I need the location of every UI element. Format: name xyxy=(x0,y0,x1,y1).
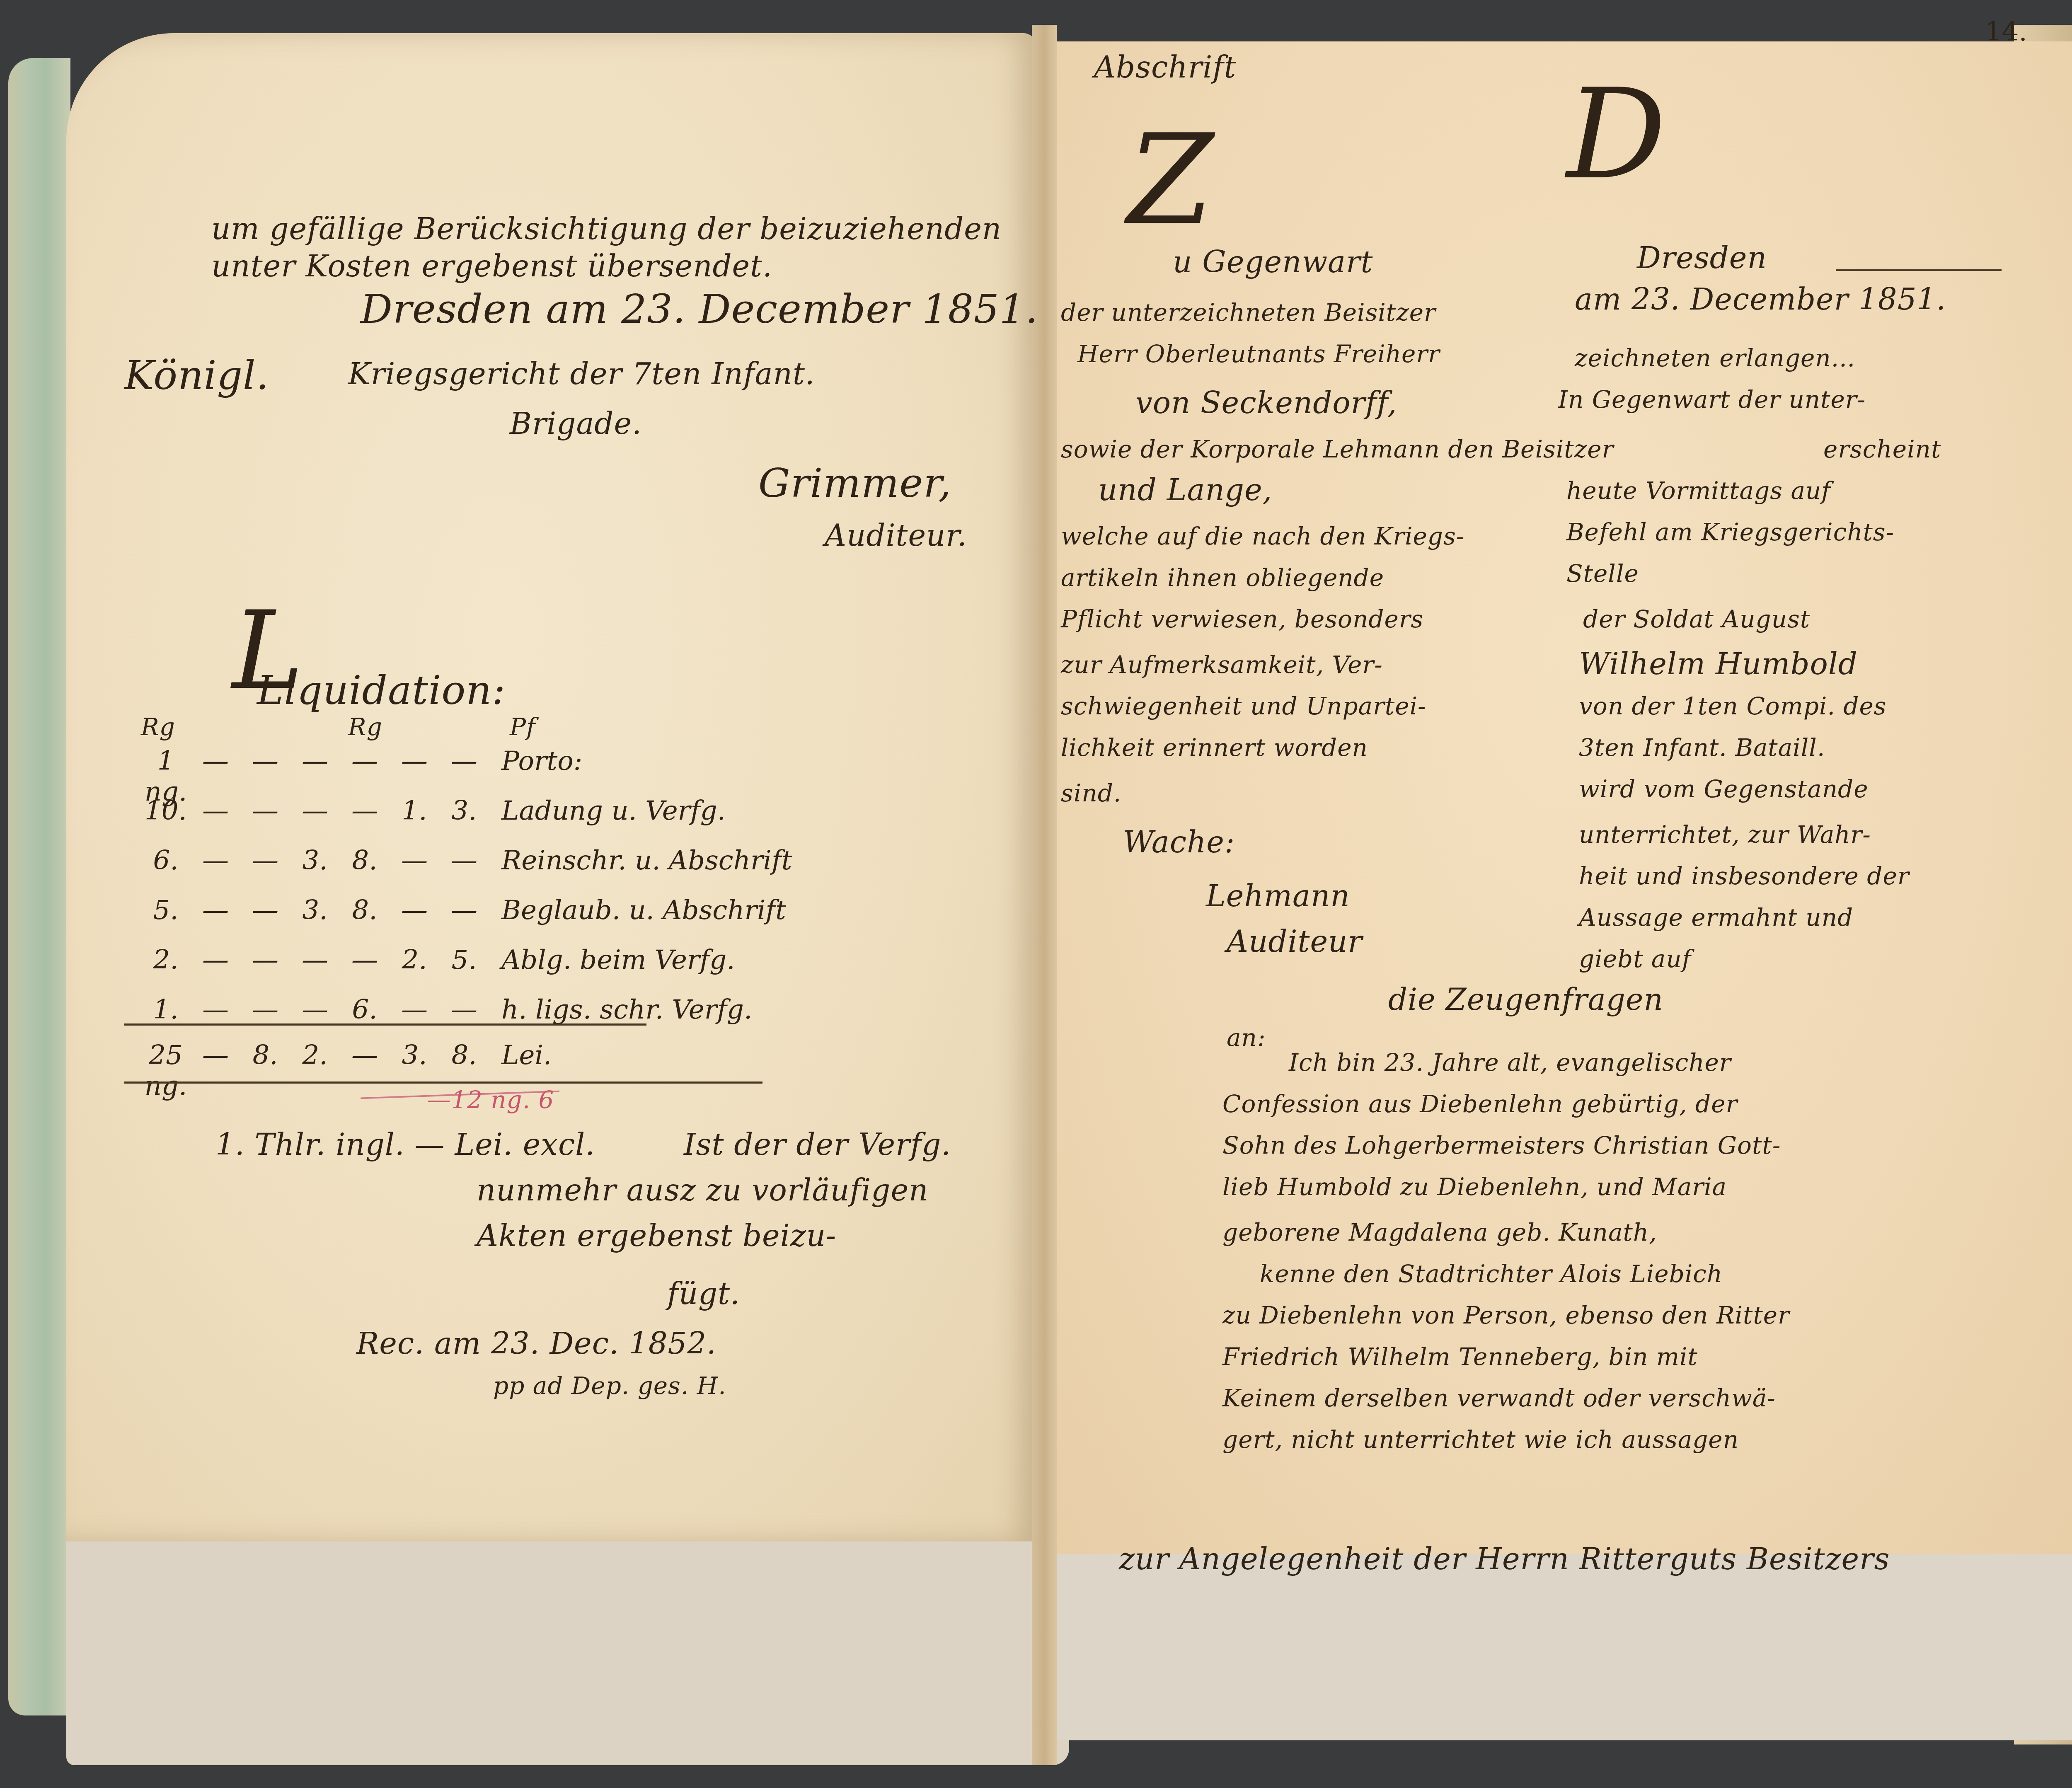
left-opening-line-1: um gefällige Berücksichtigung der beizuz… xyxy=(211,211,1002,246)
row-value: — xyxy=(390,895,439,926)
liquidation-row: 6. — — 3. 8. — — Reinschr. u. Abschrift xyxy=(141,845,1032,876)
row-description: Reinschr. u. Abschrift xyxy=(489,845,792,876)
large-initial-d: D xyxy=(1566,62,1667,207)
row-value: — xyxy=(191,746,240,777)
left-col-line-2: Herr Oberleutnants Freiherr xyxy=(1077,340,1440,368)
total-value: — xyxy=(191,1040,240,1071)
right-col-line-9: von der 1ten Compi. des xyxy=(1579,692,1886,720)
row-value: 3. xyxy=(290,845,340,876)
total-value: 25 ng. xyxy=(141,1040,191,1101)
row-description: Porto: xyxy=(489,746,582,777)
addressee-text: Kriegsgericht der 7ten Infant. xyxy=(348,356,815,391)
row-value: — xyxy=(390,994,439,1025)
row-value: — xyxy=(390,746,439,777)
row-value: — xyxy=(340,746,390,777)
row-value: 5. xyxy=(439,945,489,975)
liquidation-row: 1. — — — 6. — — h. ligs. schr. Verfg. xyxy=(141,994,1032,1025)
row-value: — xyxy=(390,845,439,876)
left-col-line-12: sind. xyxy=(1061,779,1121,807)
row-value: 10. xyxy=(141,796,191,826)
row-value: — xyxy=(240,845,290,876)
row-value: — xyxy=(191,994,240,1025)
row-value: — xyxy=(191,796,240,826)
section-heading: die Zeugenfragen xyxy=(1388,982,1663,1017)
total-value: 3. xyxy=(390,1040,439,1071)
addressee-label: Königl. xyxy=(124,352,269,399)
right-col-line-5: Befehl am Kriegsgerichts- xyxy=(1566,518,1894,546)
place-date: Dresden am 23. December 1851. xyxy=(361,286,1038,332)
witness-name-1: Lehmann xyxy=(1206,878,1350,913)
left-col-line-1: der unterzeichneten Beisitzer xyxy=(1061,298,1436,327)
row-value: 1. xyxy=(390,796,439,826)
testimony-line-5: geborene Magdalena geb. Kunath, xyxy=(1222,1218,1657,1246)
column-unit-2: Rg xyxy=(348,713,382,741)
total-value: — xyxy=(340,1040,390,1071)
signature-title: Auditeur. xyxy=(825,518,967,553)
an-label: an: xyxy=(1227,1023,1266,1052)
column-unit-3: Pf xyxy=(510,713,536,741)
large-initial-z: Z xyxy=(1127,108,1214,252)
row-value: 5. xyxy=(141,895,191,926)
row-value: 6. xyxy=(340,994,390,1025)
right-col-line-1: zeichneten erlangen... xyxy=(1575,344,1855,372)
header-right: Dresden xyxy=(1637,240,1767,275)
testimony-line-2: Confession aus Diebenlehn gebürtig, der xyxy=(1222,1090,1738,1118)
receipt-subline: pp ad Dep. ges. H. xyxy=(493,1372,726,1400)
row-value: — xyxy=(191,845,240,876)
row-value: — xyxy=(290,746,340,777)
bracket-line xyxy=(124,1082,762,1084)
margin-heading: Abschrift xyxy=(1094,50,1237,85)
left-underlying-page xyxy=(66,1533,1069,1765)
row-value: — xyxy=(439,746,489,777)
right-col-line-8: Wilhelm Humbold xyxy=(1579,646,1858,681)
testimony-line-6: kenne den Stadtrichter Alois Liebich xyxy=(1260,1260,1723,1288)
testimony-line-8: Friedrich Wilhelm Tenneberg, bin mit xyxy=(1222,1343,1698,1371)
addressee-line-2: Brigade. xyxy=(510,406,642,441)
testimony-line-4: lieb Humbold zu Diebenlehn, und Maria xyxy=(1222,1173,1727,1201)
row-value: — xyxy=(240,994,290,1025)
liquidation-row: 5. — — 3. 8. — — Beglaub. u. Abschrift xyxy=(141,895,1032,926)
right-col-line-2: In Gegenwart der unter- xyxy=(1558,385,1866,414)
right-col-line-15: giebt auf xyxy=(1579,945,1691,973)
testimony-line-9: Keinem derselben verwandt oder verschwä- xyxy=(1222,1384,1776,1412)
total-value: 8. xyxy=(439,1040,489,1071)
open-book: um gefällige Berücksichtigung der beizuz… xyxy=(0,0,2072,1788)
row-value: 8. xyxy=(340,895,390,926)
liquidation-row: 2. — — — — 2. 5. Ablg. beim Verfg. xyxy=(141,945,1032,975)
date-line: am 23. December 1851. xyxy=(1575,282,1946,317)
row-value: — xyxy=(240,895,290,926)
left-col-line-7: artikeln ihnen obliegende xyxy=(1061,564,1384,592)
signature-name: Grimmer, xyxy=(758,460,951,506)
row-value: — xyxy=(290,796,340,826)
testimony-line-1: Ich bin 23. Jahre alt, evangelischer xyxy=(1289,1048,1731,1077)
row-value: — xyxy=(240,945,290,975)
liquidation-total-row: 25 ng. — 8. 2. — 3. 8. Lei. xyxy=(141,1040,1032,1101)
column-unit-1: Rg xyxy=(141,713,175,741)
row-value: — xyxy=(290,945,340,975)
testimony-line-10: gert, nicht unterrichtet wie ich aussage… xyxy=(1222,1425,1739,1454)
row-value: 2. xyxy=(390,945,439,975)
note-right-1: Ist der der Verfg. xyxy=(684,1127,951,1162)
note-right-4: fügt. xyxy=(667,1276,740,1311)
right-col-line-3: erscheint xyxy=(1823,435,1941,463)
row-value: 1. xyxy=(141,994,191,1025)
left-col-line-5: und Lange, xyxy=(1098,472,1272,507)
spine-binding xyxy=(8,58,70,1715)
right-col-line-12: unterrichtet, zur Wahr- xyxy=(1579,820,1871,849)
under-page-line: zur Angelegenheit der Herrn Ritterguts B… xyxy=(1119,1541,1890,1576)
left-col-line-10: schwiegenheit und Unpartei- xyxy=(1061,692,1426,720)
right-col-line-4: heute Vormittags auf xyxy=(1566,477,1831,505)
testimony-line-3: Sohn des Lohgerbermeisters Christian Got… xyxy=(1222,1131,1781,1159)
row-value: — xyxy=(439,994,489,1025)
left-opening-line-2: unter Kosten ergebenst übersendet. xyxy=(211,249,772,283)
row-value: — xyxy=(340,945,390,975)
right-col-line-10: 3ten Infant. Bataill. xyxy=(1579,733,1825,762)
receipt-line: Rec. am 23. Dec. 1852. xyxy=(356,1326,716,1361)
header-rule xyxy=(1836,269,2002,271)
row-value: 8. xyxy=(340,845,390,876)
liquidation-heading: Liquidation: xyxy=(257,667,506,714)
note-right-3: Akten ergebenst beizu- xyxy=(477,1218,836,1253)
row-description: Ablg. beim Verfg. xyxy=(489,945,735,975)
row-value: — xyxy=(439,895,489,926)
header-left: u Gegenwart xyxy=(1173,244,1373,279)
row-description: h. ligs. schr. Verfg. xyxy=(489,994,752,1025)
row-value: — xyxy=(240,746,290,777)
right-col-line-14: Aussage ermahnt und xyxy=(1579,903,1853,932)
row-value: 3. xyxy=(290,895,340,926)
row-description: Ladung u. Verfg. xyxy=(489,796,726,826)
row-value: — xyxy=(240,796,290,826)
liquidation-row: 10. — — — — 1. 3. Ladung u. Verfg. xyxy=(141,796,1032,826)
witness-label: Wache: xyxy=(1123,825,1235,859)
note-line-1: 1. Thlr. ingl. — Lei. excl. xyxy=(215,1127,595,1162)
total-value: 2. xyxy=(290,1040,340,1071)
row-value: — xyxy=(340,796,390,826)
right-col-line-13: heit und insbesondere der xyxy=(1579,862,1910,890)
left-col-line-9: zur Aufmerksamkeit, Ver- xyxy=(1061,651,1383,679)
row-description: Beglaub. u. Abschrift xyxy=(489,895,786,926)
row-value: 3. xyxy=(439,796,489,826)
row-value: — xyxy=(439,845,489,876)
folio-number: 14. xyxy=(1985,17,2027,47)
total-value: 8. xyxy=(240,1040,290,1071)
row-value: — xyxy=(290,994,340,1025)
total-divider-line xyxy=(124,1023,646,1026)
row-value: — xyxy=(191,895,240,926)
total-description: Lei. xyxy=(489,1040,552,1071)
right-col-line-11: wird vom Gegenstande xyxy=(1579,775,1869,803)
row-value: 2. xyxy=(141,945,191,975)
row-value: 6. xyxy=(141,845,191,876)
left-col-line-4: sowie der Korporale Lehmann den Beisitze… xyxy=(1061,435,1614,463)
right-col-line-7: der Soldat August xyxy=(1583,605,1810,633)
left-col-line-3: von Seckendorff, xyxy=(1135,385,1397,420)
row-value: — xyxy=(191,945,240,975)
left-col-line-6: welche auf die nach den Kriegs- xyxy=(1061,522,1464,550)
red-pencil-annotation: —12 ng. 6 xyxy=(427,1086,554,1114)
right-col-line-6: Stelle xyxy=(1566,559,1639,588)
left-col-line-8: Pflicht verwiesen, besonders xyxy=(1061,605,1423,633)
left-col-line-11: lichkeit erinnert worden xyxy=(1061,733,1368,762)
testimony-line-7: zu Diebenlehn von Person, ebenso den Rit… xyxy=(1222,1301,1790,1329)
note-right-2: nunmehr ausz zu vorläufigen xyxy=(477,1173,928,1207)
witness-name-2: Auditeur xyxy=(1227,924,1363,959)
